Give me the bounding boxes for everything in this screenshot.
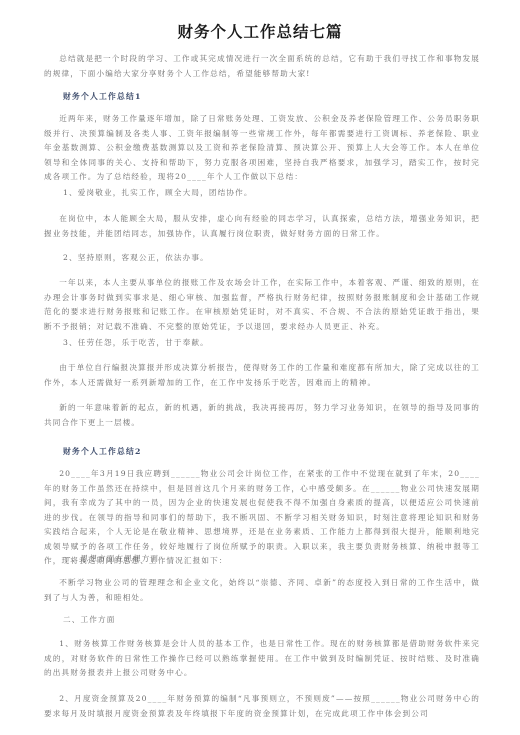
section2-paragraph-3: 1、财务核算工作财务核算是会计人员的基本工作，也是日常性工作。现在的财务核算都是… <box>44 637 480 681</box>
document-page: 财务个人工作总结七篇 总结就是把一个时段的学习、工作或其完成情况进行一次全面系统… <box>0 0 520 735</box>
section2-paragraph-2: 不断学习物业公司的管理理念和企业文化，始终以“崇德、齐同、卓新”的态度投入到日常… <box>44 576 480 605</box>
paragraph-text: 新的一年意味着新的起点，新的机遇，新的挑战，我决再接再厉，努力学习业务知识，在领… <box>44 401 480 430</box>
section2-paragraph-4: 2、月度资金预算及20____年财务预算的编制“凡事预则立，不预则废”——按照_… <box>44 692 480 721</box>
paragraph-text: 在岗位中，本人能顾全大局，服从安排，虚心向有经验的同志学习，认真探索，总结方法，… <box>44 212 480 241</box>
section1-paragraph-1: 近两年来，财务工作量逐年增加，除了日常账务处理、工资发放、公积金及养老保险管理工… <box>44 112 480 185</box>
section2-item-2: 二、工作方面 <box>63 614 115 625</box>
section1-paragraph-5: 新的一年意味着新的起点，新的机遇，新的挑战，我决再接再厉，努力学习业务知识，在领… <box>44 401 480 430</box>
paragraph-text: 一年以来，本人主要从事单位的报账工作及农场会计工作，在实际工作中，本着客观、严谨… <box>44 276 480 334</box>
section1-item-2: 2、坚持原则，客观公正，依法办事。 <box>63 252 209 263</box>
intro-paragraph: 总结就是把一个时段的学习、工作或其完成情况进行一次全面系统的总结，它有助于我们寻… <box>44 52 480 81</box>
intro-text: 总结就是把一个时段的学习、工作或其完成情况进行一次全面系统的总结，它有助于我们寻… <box>44 52 480 81</box>
paragraph-text: 2、月度资金预算及20____年财务预算的编制“凡事预则立，不预则废”——按照_… <box>44 692 480 721</box>
section1-paragraph-3: 一年以来，本人主要从事单位的报账工作及农场会计工作，在实际工作中，本着客观、严谨… <box>44 276 480 334</box>
section1-paragraph-2: 在岗位中，本人能顾全大局，服从安排，虚心向有经验的同志学习，认真探索，总结方法，… <box>44 212 480 241</box>
paragraph-text: 1、财务核算工作财务核算是会计人员的基本工作，也是日常性工作。现在的财务核算都是… <box>44 637 480 681</box>
paragraph-text: 近两年来，财务工作量逐年增加，除了日常账务处理、工资发放、公积金及养老保险管理工… <box>44 112 480 185</box>
document-title: 财务个人工作总结七篇 <box>0 20 520 42</box>
paragraph-text: 由于单位自行编报决算报并形成决算分析报告，使得财务工作的工作量和难度都有所加大，… <box>44 361 480 390</box>
section-heading-2: 财务个人工作总结2 <box>63 446 142 457</box>
section-heading-1: 财务个人工作总结1 <box>63 91 142 102</box>
section1-item-3: 3、任劳任怨，乐于吃苦，甘于奉献。 <box>63 337 209 348</box>
section1-item-1: 1、爱岗敬业，扎实工作，顾全大局，团结协作。 <box>63 187 253 198</box>
section2-item-1: 一、思想方面在思想方面 <box>63 553 159 564</box>
paragraph-text: 不断学习物业公司的管理理念和企业文化，始终以“崇德、齐同、卓新”的态度投入到日常… <box>44 576 480 605</box>
section1-paragraph-4: 由于单位自行编报决算报并形成决算分析报告，使得财务工作的工作量和难度都有所加大，… <box>44 361 480 390</box>
